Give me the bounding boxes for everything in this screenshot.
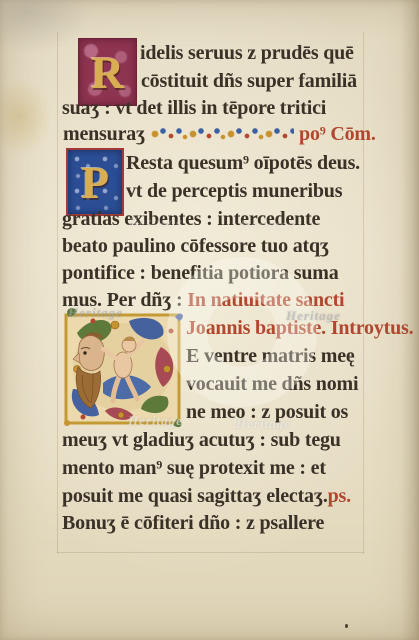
rubric-text: In natiuitate sancti bbox=[187, 289, 344, 311]
text-line-9: pontifice : benefitia potiora suma bbox=[62, 261, 339, 285]
line-text: idelis seruus z prudēs quē bbox=[140, 42, 354, 64]
text-line-1: idelis seruus z prudēs quē bbox=[140, 41, 354, 65]
line-filler-ornament bbox=[150, 127, 294, 141]
text-line-11: Joannis baptiste. Introytus. bbox=[186, 316, 413, 340]
illuminated-initial-P: P bbox=[66, 148, 124, 216]
text-line-2: cōstituit dñs super familiā bbox=[141, 69, 357, 93]
initial-letter-R: R bbox=[91, 46, 124, 99]
text-line-14: ne meo : z posuit os bbox=[186, 400, 348, 424]
rubric-text: ps. bbox=[328, 485, 351, 507]
text-line-15: meuʒ vt gladiuʒ acutuʒ : sub tegu bbox=[62, 428, 341, 452]
line-text: gratias exibentes : intercedente bbox=[62, 208, 320, 230]
text-line-7: gratias exibentes : intercedente bbox=[62, 207, 320, 231]
rubric-text: Joannis baptiste. Introytus. bbox=[186, 317, 413, 339]
historiated-initial-artwork bbox=[63, 311, 183, 428]
text-line-6: vt de perceptis muneribus bbox=[126, 179, 342, 203]
rubric-text: po⁹ Cōm. bbox=[299, 123, 376, 145]
initial-letter-P: P bbox=[81, 156, 109, 209]
line-text: ne meo : z posuit os bbox=[186, 401, 348, 423]
text-line-16: mento man⁹ suę protexit me : et bbox=[62, 456, 326, 480]
ink-speck bbox=[345, 624, 348, 628]
manuscript-page: R P bbox=[0, 0, 419, 640]
line-text: E ventre matris meę bbox=[186, 345, 355, 367]
line-text: mento man⁹ suę protexit me : et bbox=[62, 457, 326, 479]
text-line-5: Resta quesum⁹ oīpotēs deus. bbox=[126, 151, 360, 175]
ruling-line-left bbox=[57, 32, 58, 554]
text-line-10: mus. Per dñʒ : In natiuitate sancti bbox=[62, 288, 344, 312]
line-text: cōstituit dñs super familiā bbox=[141, 70, 357, 92]
historiated-initial-D bbox=[63, 311, 183, 428]
line-text: vocauit me dñs nomi bbox=[186, 373, 358, 395]
line-text: suaʒ : vt det illis in tēpore tritici bbox=[62, 97, 326, 119]
text-line-17: posuit me quasi sagittaʒ electaʒ.ps. bbox=[62, 484, 351, 508]
margin-stain bbox=[0, 78, 52, 156]
ruling-line-bottom bbox=[57, 552, 364, 553]
text-line-18: Bonuʒ ē cōfiteri dño : z psallere bbox=[62, 511, 324, 535]
text-line-4: mensuraʒpo⁹ Cōm. bbox=[63, 122, 376, 146]
ruling-line-right bbox=[363, 32, 364, 554]
line-text: mus. Per dñʒ : bbox=[62, 289, 187, 311]
line-text: Bonuʒ ē cōfiteri dño : z psallere bbox=[62, 512, 324, 534]
line-text: pontifice : benefitia potiora suma bbox=[62, 262, 339, 284]
line-text: vt de perceptis muneribus bbox=[126, 180, 342, 202]
text-line-12: E ventre matris meę bbox=[186, 344, 355, 368]
line-text: mensuraʒ bbox=[63, 123, 145, 145]
text-line-8: beato paulino cōfessore tuo atqʒ bbox=[62, 234, 329, 258]
line-text: beato paulino cōfessore tuo atqʒ bbox=[62, 235, 329, 257]
text-line-13: vocauit me dñs nomi bbox=[186, 372, 358, 396]
line-text: meuʒ vt gladiuʒ acutuʒ : sub tegu bbox=[62, 429, 341, 451]
line-text: posuit me quasi sagittaʒ electaʒ. bbox=[62, 485, 328, 507]
text-line-3: suaʒ : vt det illis in tēpore tritici bbox=[62, 96, 326, 120]
line-text: Resta quesum⁹ oīpotēs deus. bbox=[126, 152, 360, 174]
